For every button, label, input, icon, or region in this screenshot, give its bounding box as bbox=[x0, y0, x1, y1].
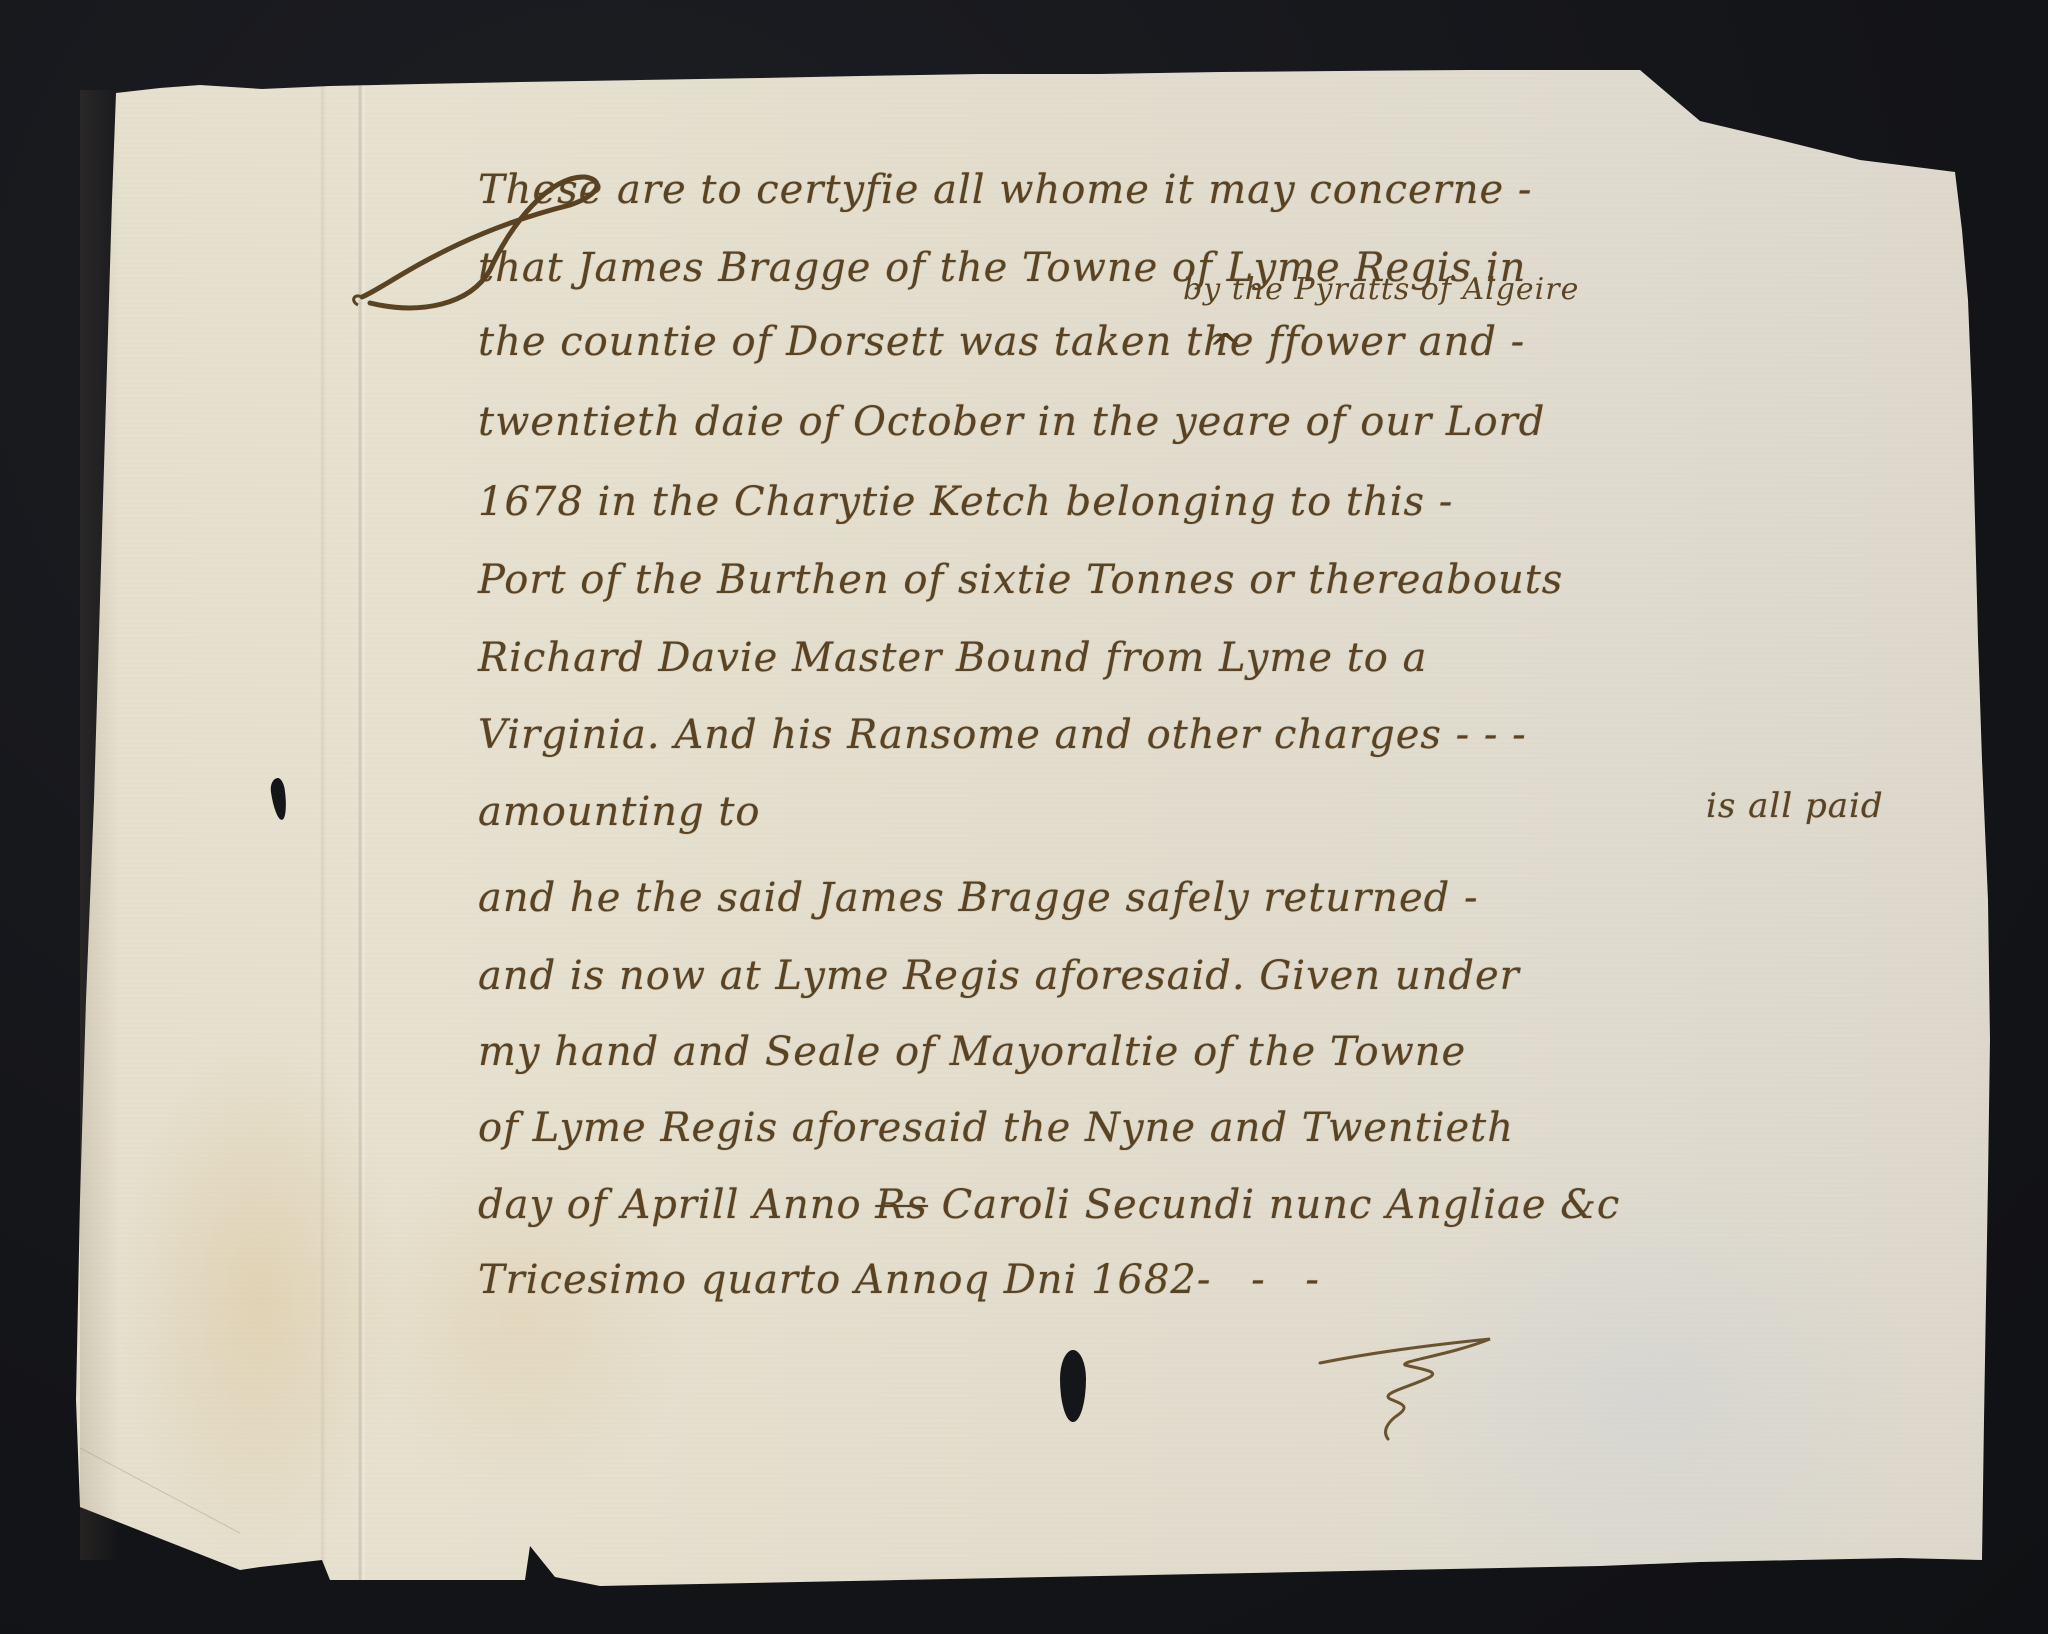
text-line-4: twentieth daie of October in the yeare o… bbox=[478, 392, 1545, 452]
interlinear-insertion: by the Pyratts of Algeire bbox=[1183, 272, 1579, 307]
manuscript-photo: These are to certyfie all whome it may c… bbox=[0, 0, 2048, 1634]
text-line-10: and he the said James Bragge safely retu… bbox=[478, 868, 1478, 928]
text-line-5: 1678 in the Charytie Ketch belonging to … bbox=[478, 472, 1453, 532]
text-line-13: of Lyme Regis aforesaid the Nyne and Twe… bbox=[478, 1098, 1514, 1158]
text-line-8: Virginia. And his Ransome and other char… bbox=[478, 705, 1527, 765]
text-line-12: my hand and Seale of Mayoraltie of the T… bbox=[478, 1022, 1466, 1082]
text-line-1: These are to certyfie all whome it may c… bbox=[478, 160, 1532, 220]
text-line-14-end: Caroli Secundi nunc Angliae &c bbox=[942, 1182, 1621, 1228]
text-line-6: Port of the Burthen of sixtie Tonnes or … bbox=[478, 550, 1563, 610]
text-line-9-right: is all paid bbox=[1706, 776, 1884, 836]
text-line-11: and is now at Lyme Regis aforesaid. Give… bbox=[478, 946, 1520, 1006]
trailing-dashes: - - - bbox=[1197, 1250, 1333, 1310]
text-line-7: Richard Davie Master Bound from Lyme to … bbox=[478, 628, 1427, 688]
text-line-14-start: day of Aprill Anno bbox=[478, 1182, 862, 1228]
text-line-15-main: Tricesimo quarto Annoq Dni 1682 bbox=[478, 1257, 1197, 1303]
struck-out-text: Rs bbox=[875, 1182, 928, 1228]
text-line-14: day of Aprill Anno Rs Caroli Secundi nun… bbox=[478, 1175, 1620, 1235]
text-line-9: amounting to bbox=[478, 782, 761, 842]
text-line-3: the countie of Dorsett was taken the ffo… bbox=[478, 312, 1525, 372]
text-line-15: Tricesimo quarto Annoq Dni 1682 - - - bbox=[478, 1250, 1197, 1310]
